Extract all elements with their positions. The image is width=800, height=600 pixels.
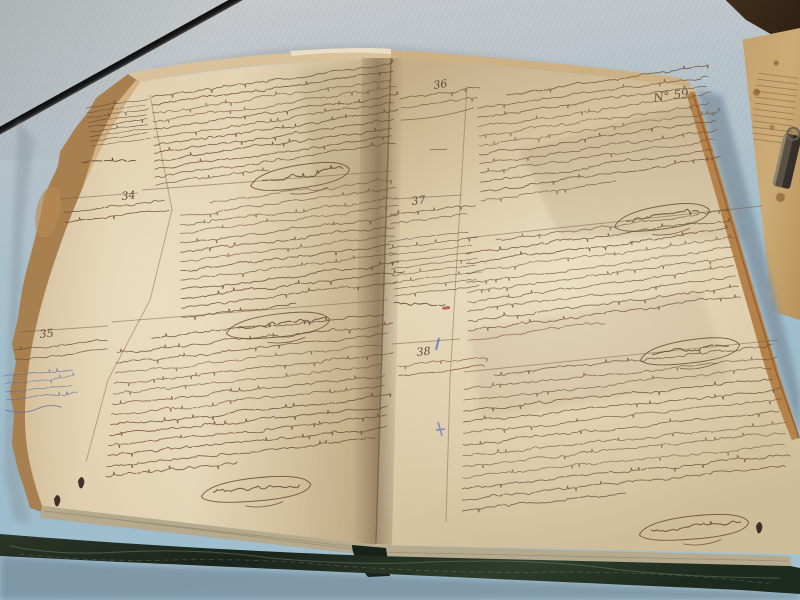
entry-number: 38 bbox=[416, 345, 431, 359]
register-book: N° 59 3435363738 bbox=[0, 0, 800, 600]
photo-scene: N° 59 3435363738 bbox=[0, 0, 800, 600]
entry-number: 34 bbox=[121, 188, 136, 203]
entry-number: 37 bbox=[411, 193, 427, 208]
entry-number: 36 bbox=[433, 77, 449, 92]
entry-number: 35 bbox=[39, 327, 54, 341]
